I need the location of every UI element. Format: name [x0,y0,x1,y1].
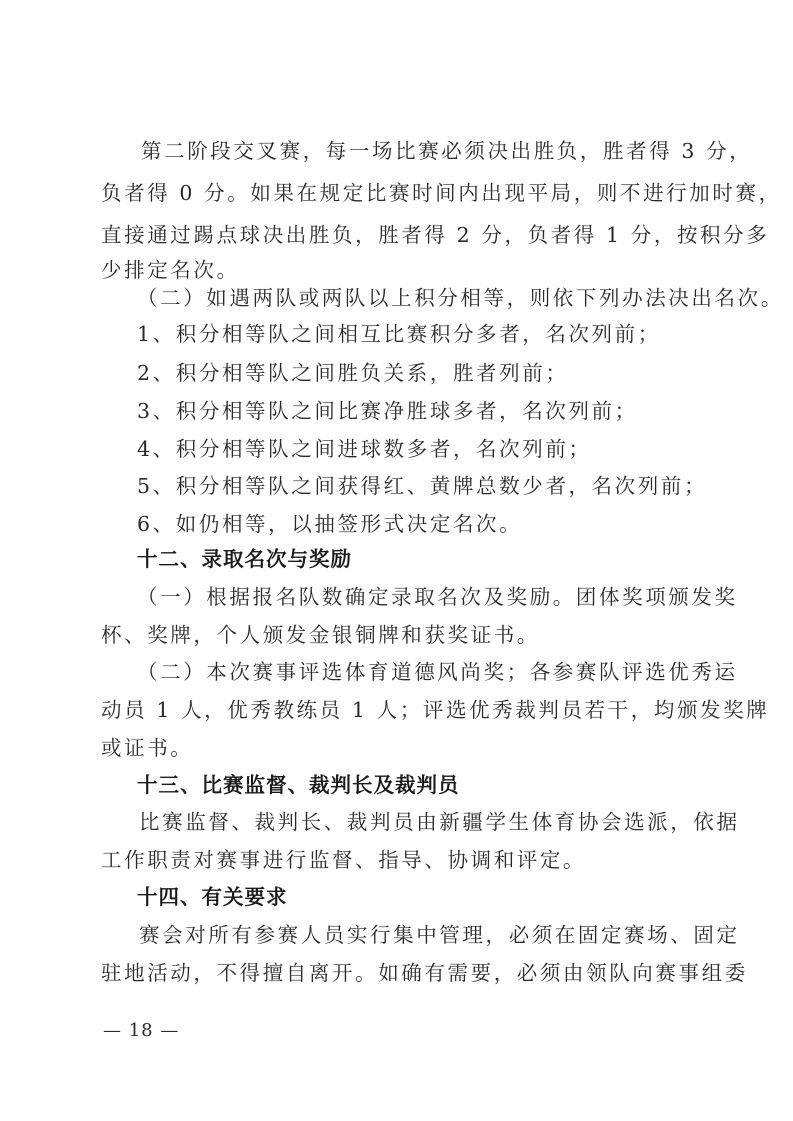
text-line: 负者得 0 分。如果在规定比赛时间内出现平局，则不进行加时赛， [101,180,782,206]
text-line: 赛会对所有参赛人员实行集中管理，必须在固定赛场、固定 [139,922,740,948]
text-line: （二）如遇两队或两队以上积分相等，则依下列办法决出名次。 [137,285,784,311]
list-item: 4、积分相等队之间进球数多者，名次列前； [137,436,592,462]
list-item: 5、积分相等队之间获得红、黄牌总数少者，名次列前； [137,473,707,499]
text-line: 比赛监督、裁判长、裁判员由新疆学生体育协会选派，依据 [139,809,740,835]
text-line: 杯、奖牌，个人颁发金银铜牌和获奖证书。 [101,622,540,648]
text-line: （二）本次赛事评选体育道德风尚奖；各参赛队评选优秀运 [137,659,738,685]
list-item: 6、如仍相等，以抽签形式决定名次。 [137,511,522,537]
section-heading: 十三、比赛监督、裁判长及裁判员 [137,772,460,798]
list-item: 3、积分相等队之间比赛净胜球多者，名次列前； [137,398,638,424]
page-number: — 18 — [103,1019,179,1043]
text-line: 驻地活动，不得擅自离开。如确有需要，必须由领队向赛事组委 [101,960,748,986]
text-line: 动员 1 人，优秀教练员 1 人；评选优秀裁判员若干，均颁发奖牌 [101,697,769,723]
text-line: （一）根据报名队数确定录取名次及奖励。团体奖项颁发奖 [137,584,738,610]
text-line: 少排定名次。 [101,257,240,283]
section-heading: 十二、录取名次与奖励 [137,546,352,572]
list-item: 2、积分相等队之间胜负关系，胜者列前； [137,360,568,386]
section-heading: 十四、有关要求 [137,884,288,910]
text-line: 直接通过踢点球决出胜负，胜者得 2 分，负者得 1 分，按积分多 [101,222,769,248]
text-line: 或证书。 [101,735,193,761]
list-item: 1、积分相等队之间相互比赛积分多者，名次列前； [137,321,661,347]
text-line: 第二阶段交叉赛，每一场比赛必须决出胜负，胜者得 3 分， [141,138,752,164]
text-line: 工作职责对赛事进行监督、指导、协调和评定。 [101,847,586,873]
